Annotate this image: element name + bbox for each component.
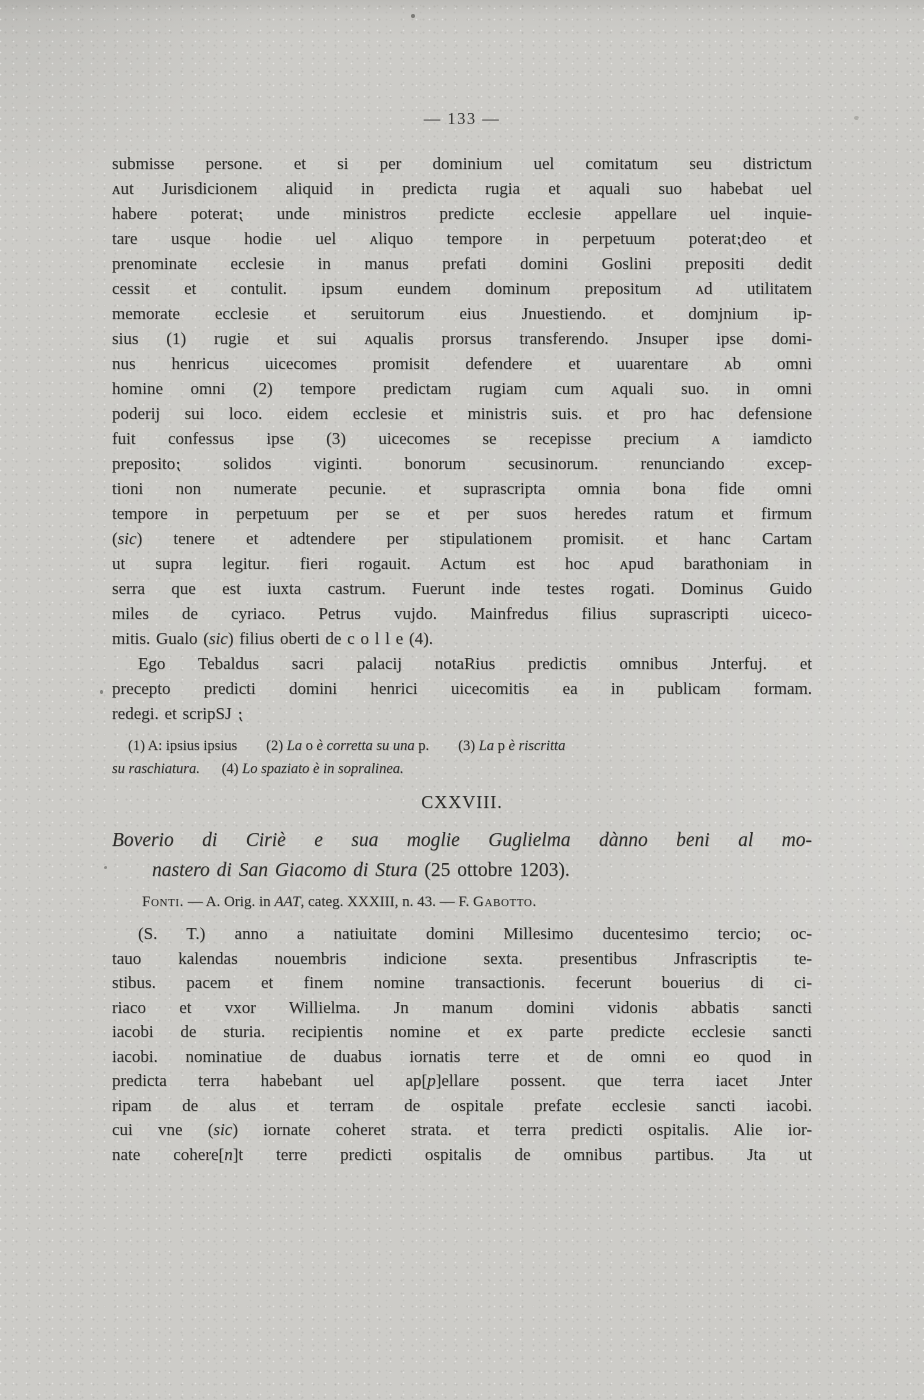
text-segment: ) iornate coheret strata. et terra predi… bbox=[232, 1120, 812, 1139]
text-line: habere poterat⁏ unde ministros predicte … bbox=[112, 201, 812, 226]
small-caps-text: Fonti. bbox=[142, 894, 184, 910]
text-line: iacobi de sturia. recipientis nomine et … bbox=[112, 1020, 812, 1045]
text-line: fuit confessus ipse (3) uicecomes se rec… bbox=[112, 426, 812, 451]
text-segment: ut supra legitur. fieri rogauit. Actum e… bbox=[112, 554, 812, 573]
text-segment: (S. T.) anno a natiuitate domini Millesi… bbox=[138, 924, 812, 943]
text-line: poderij sui loco. eidem ecclesie et mini… bbox=[112, 401, 812, 426]
text-line: redegi. et scripSJ ⁏ bbox=[112, 701, 812, 726]
text-segment: miles de cyriaco. Petrus vujdo. Mainfred… bbox=[112, 604, 812, 623]
text-segment: stibus. pacem et finem nomine transactio… bbox=[112, 973, 812, 992]
text-line: cessit et contulit. ipsum eundem dominum… bbox=[112, 276, 812, 301]
text-line: nus henricus uicecomes promisit defender… bbox=[112, 351, 812, 376]
text-segment: preposito⁏ solidos viginti. bonorum secu… bbox=[112, 454, 812, 473]
text-segment: habere poterat⁏ unde ministros predicte … bbox=[112, 204, 812, 223]
paper-speck bbox=[411, 14, 415, 18]
text-line: mitis. Gualo (sic) filius oberti de c o … bbox=[112, 626, 812, 651]
charter-body-text: (S. T.) anno a natiuitate domini Millesi… bbox=[112, 922, 812, 1167]
document-title: Boverio di Ciriè e sua moglie Guglielma … bbox=[112, 826, 812, 886]
sources-line: Fonti. — A. Orig. in AAT, categ. XXXIII,… bbox=[112, 892, 812, 912]
text-segment: p bbox=[498, 738, 509, 754]
text-segment: (4) bbox=[200, 761, 242, 777]
text-segment: cessit et contulit. ipsum eundem dominum… bbox=[112, 279, 812, 298]
charter-body-text: submisse persone. et si per dominium uel… bbox=[112, 151, 812, 726]
text-line: iacobi. nominatiue de duabus iornatis te… bbox=[112, 1045, 812, 1070]
text-line: tempore in perpetuum per se et per suos … bbox=[112, 501, 812, 526]
text-segment: tauo kalendas nouembris indicione sexta.… bbox=[112, 949, 812, 968]
text-segment: iacobi de sturia. recipientis nomine et … bbox=[112, 1022, 812, 1041]
text-line: memorate ecclesie et seruitorum eius Jnu… bbox=[112, 301, 812, 326]
text-line: su raschiatura. (4) Lo spaziato è in sop… bbox=[112, 758, 812, 781]
text-segment: submisse persone. et si per dominium uel… bbox=[112, 154, 812, 173]
text-segment: p. (3) bbox=[418, 738, 478, 754]
text-segment: riaco et vxor Willielma. Jn manum domini… bbox=[112, 998, 812, 1017]
text-segment: tempore in perpetuum per se et per suos … bbox=[112, 504, 812, 523]
text-column: submisse persone. et si per dominium uel… bbox=[112, 151, 812, 1167]
text-line: precepto predicti domini henrici uicecom… bbox=[112, 676, 812, 701]
italic-text: sic bbox=[118, 529, 137, 548]
document-number-heading: CXXVIII. bbox=[112, 792, 812, 813]
page-number: — 133 — bbox=[0, 109, 924, 129]
text-segment: (1) A: ipsius ipsius (2) bbox=[128, 738, 287, 754]
text-line: Ego Tebaldus sacri palacij notaRius pred… bbox=[112, 651, 812, 676]
italic-text: La bbox=[287, 738, 306, 754]
text-segment: (25 ottobre 1203). bbox=[424, 860, 569, 881]
text-segment: cui vne ( bbox=[112, 1120, 213, 1139]
italic-text: Lo spaziato è in sopralinea. bbox=[242, 761, 404, 777]
text-segment: fuit confessus ipse (3) uicecomes se rec… bbox=[112, 429, 812, 448]
document-cxxvii-end: submisse persone. et si per dominium uel… bbox=[112, 151, 812, 781]
text-segment: tioni non numerate pecunie. et suprascri… bbox=[112, 479, 812, 498]
text-segment: ripam de alus et terram de ospitale pref… bbox=[112, 1096, 812, 1115]
text-segment: ]t terre predicti ospitalis de omnibus p… bbox=[233, 1145, 812, 1164]
italic-text: nastero di San Giacomo di Stura bbox=[152, 860, 424, 881]
italic-text: n bbox=[224, 1145, 233, 1164]
text-line: homine omni (2) tempore predictam rugiam… bbox=[112, 376, 812, 401]
text-line: ᴀut Jurisdicionem aliquid in predicta ru… bbox=[112, 176, 812, 201]
text-segment: serra que est iuxta castrum. Fuerunt ind… bbox=[112, 579, 812, 598]
text-line: Fonti. — A. Orig. in AAT, categ. XXXIII,… bbox=[112, 892, 812, 912]
text-segment: nate cohere[ bbox=[112, 1145, 224, 1164]
text-line: predicta terra habebant uel ap[p]ellare … bbox=[112, 1069, 812, 1094]
text-segment: poderij sui loco. eidem ecclesie et mini… bbox=[112, 404, 812, 423]
text-segment: redegi. et scripSJ ⁏ bbox=[112, 704, 243, 723]
text-segment: nus henricus uicecomes promisit defender… bbox=[112, 354, 812, 373]
text-line: riaco et vxor Willielma. Jn manum domini… bbox=[112, 996, 812, 1021]
italic-text: La bbox=[479, 738, 498, 754]
text-line: sius (1) rugie et sui ᴀqualis prorsus tr… bbox=[112, 326, 812, 351]
text-line: cui vne (sic) iornate coheret strata. et… bbox=[112, 1118, 812, 1143]
text-line: Boverio di Ciriè e sua moglie Guglielma … bbox=[112, 826, 812, 856]
italic-text: su raschiatura. bbox=[112, 761, 200, 777]
text-segment: prenominate ecclesie in manus prefati do… bbox=[112, 254, 812, 273]
text-segment: mitis. Gualo ( bbox=[112, 629, 209, 648]
text-line: miles de cyriaco. Petrus vujdo. Mainfred… bbox=[112, 601, 812, 626]
text-segment: , categ. XXXIII, n. 43. — F. bbox=[301, 894, 474, 910]
paper-speck bbox=[854, 116, 859, 120]
text-line: tauo kalendas nouembris indicione sexta.… bbox=[112, 947, 812, 972]
text-line: stibus. pacem et finem nomine transactio… bbox=[112, 971, 812, 996]
text-line: (S. T.) anno a natiuitate domini Millesi… bbox=[112, 922, 812, 947]
text-segment: Ego Tebaldus sacri palacij notaRius pred… bbox=[138, 654, 812, 673]
text-line: submisse persone. et si per dominium uel… bbox=[112, 151, 812, 176]
text-line: ripam de alus et terram de ospitale pref… bbox=[112, 1094, 812, 1119]
text-segment: o bbox=[306, 738, 317, 754]
small-caps-text: Gabotto. bbox=[473, 894, 537, 910]
text-segment: ) tenere et adtendere per stipulationem … bbox=[137, 529, 812, 548]
text-segment: homine omni (2) tempore predictam rugiam… bbox=[112, 379, 812, 398]
italic-text: p bbox=[427, 1071, 436, 1090]
text-line: serra que est iuxta castrum. Fuerunt ind… bbox=[112, 576, 812, 601]
text-segment: ]ellare possent. que terra iacet Jnter bbox=[436, 1071, 812, 1090]
text-line: (1) A: ipsius ipsius (2) La o è corretta… bbox=[112, 735, 812, 758]
text-line: preposito⁏ solidos viginti. bonorum secu… bbox=[112, 451, 812, 476]
text-segment: sius (1) rugie et sui ᴀqualis prorsus tr… bbox=[112, 329, 812, 348]
footnotes: (1) A: ipsius ipsius (2) La o è corretta… bbox=[112, 735, 812, 781]
paper-speck bbox=[100, 690, 103, 694]
italic-text: AAT bbox=[274, 894, 300, 910]
text-line: tioni non numerate pecunie. et suprascri… bbox=[112, 476, 812, 501]
text-segment: ᴀut Jurisdicionem aliquid in predicta ru… bbox=[112, 179, 812, 198]
text-segment: memorate ecclesie et seruitorum eius Jnu… bbox=[112, 304, 812, 323]
text-segment: tare usque hodie uel ᴀliquo tempore in p… bbox=[112, 229, 812, 248]
text-segment: precepto predicti domini henrici uicecom… bbox=[112, 679, 812, 698]
italic-text: è riscritta bbox=[509, 738, 566, 754]
text-line: (sic) tenere et adtendere per stipulatio… bbox=[112, 526, 812, 551]
paper-speck bbox=[104, 866, 107, 869]
text-segment: — A. Orig. in bbox=[184, 894, 274, 910]
text-segment: predicta terra habebant uel ap[ bbox=[112, 1071, 427, 1090]
scanned-book-page: — 133 — submisse persone. et si per domi… bbox=[0, 0, 924, 1400]
text-line: ut supra legitur. fieri rogauit. Actum e… bbox=[112, 551, 812, 576]
text-segment: iacobi. nominatiue de duabus iornatis te… bbox=[112, 1047, 812, 1066]
text-line: nate cohere[n]t terre predicti ospitalis… bbox=[112, 1143, 812, 1168]
italic-text: sic bbox=[209, 629, 228, 648]
document-cxxviii: CXXVIII. Boverio di Ciriè e sua moglie G… bbox=[112, 792, 812, 1167]
italic-text: sic bbox=[213, 1120, 232, 1139]
text-line: tare usque hodie uel ᴀliquo tempore in p… bbox=[112, 226, 812, 251]
italic-text: è corretta su una bbox=[317, 738, 419, 754]
italic-text: Boverio di Ciriè e sua moglie Guglielma … bbox=[112, 830, 812, 851]
text-segment: ) filius oberti de c o l l e (4). bbox=[228, 629, 433, 648]
text-line: nastero di San Giacomo di Stura (25 otto… bbox=[112, 856, 812, 886]
text-line: prenominate ecclesie in manus prefati do… bbox=[112, 251, 812, 276]
